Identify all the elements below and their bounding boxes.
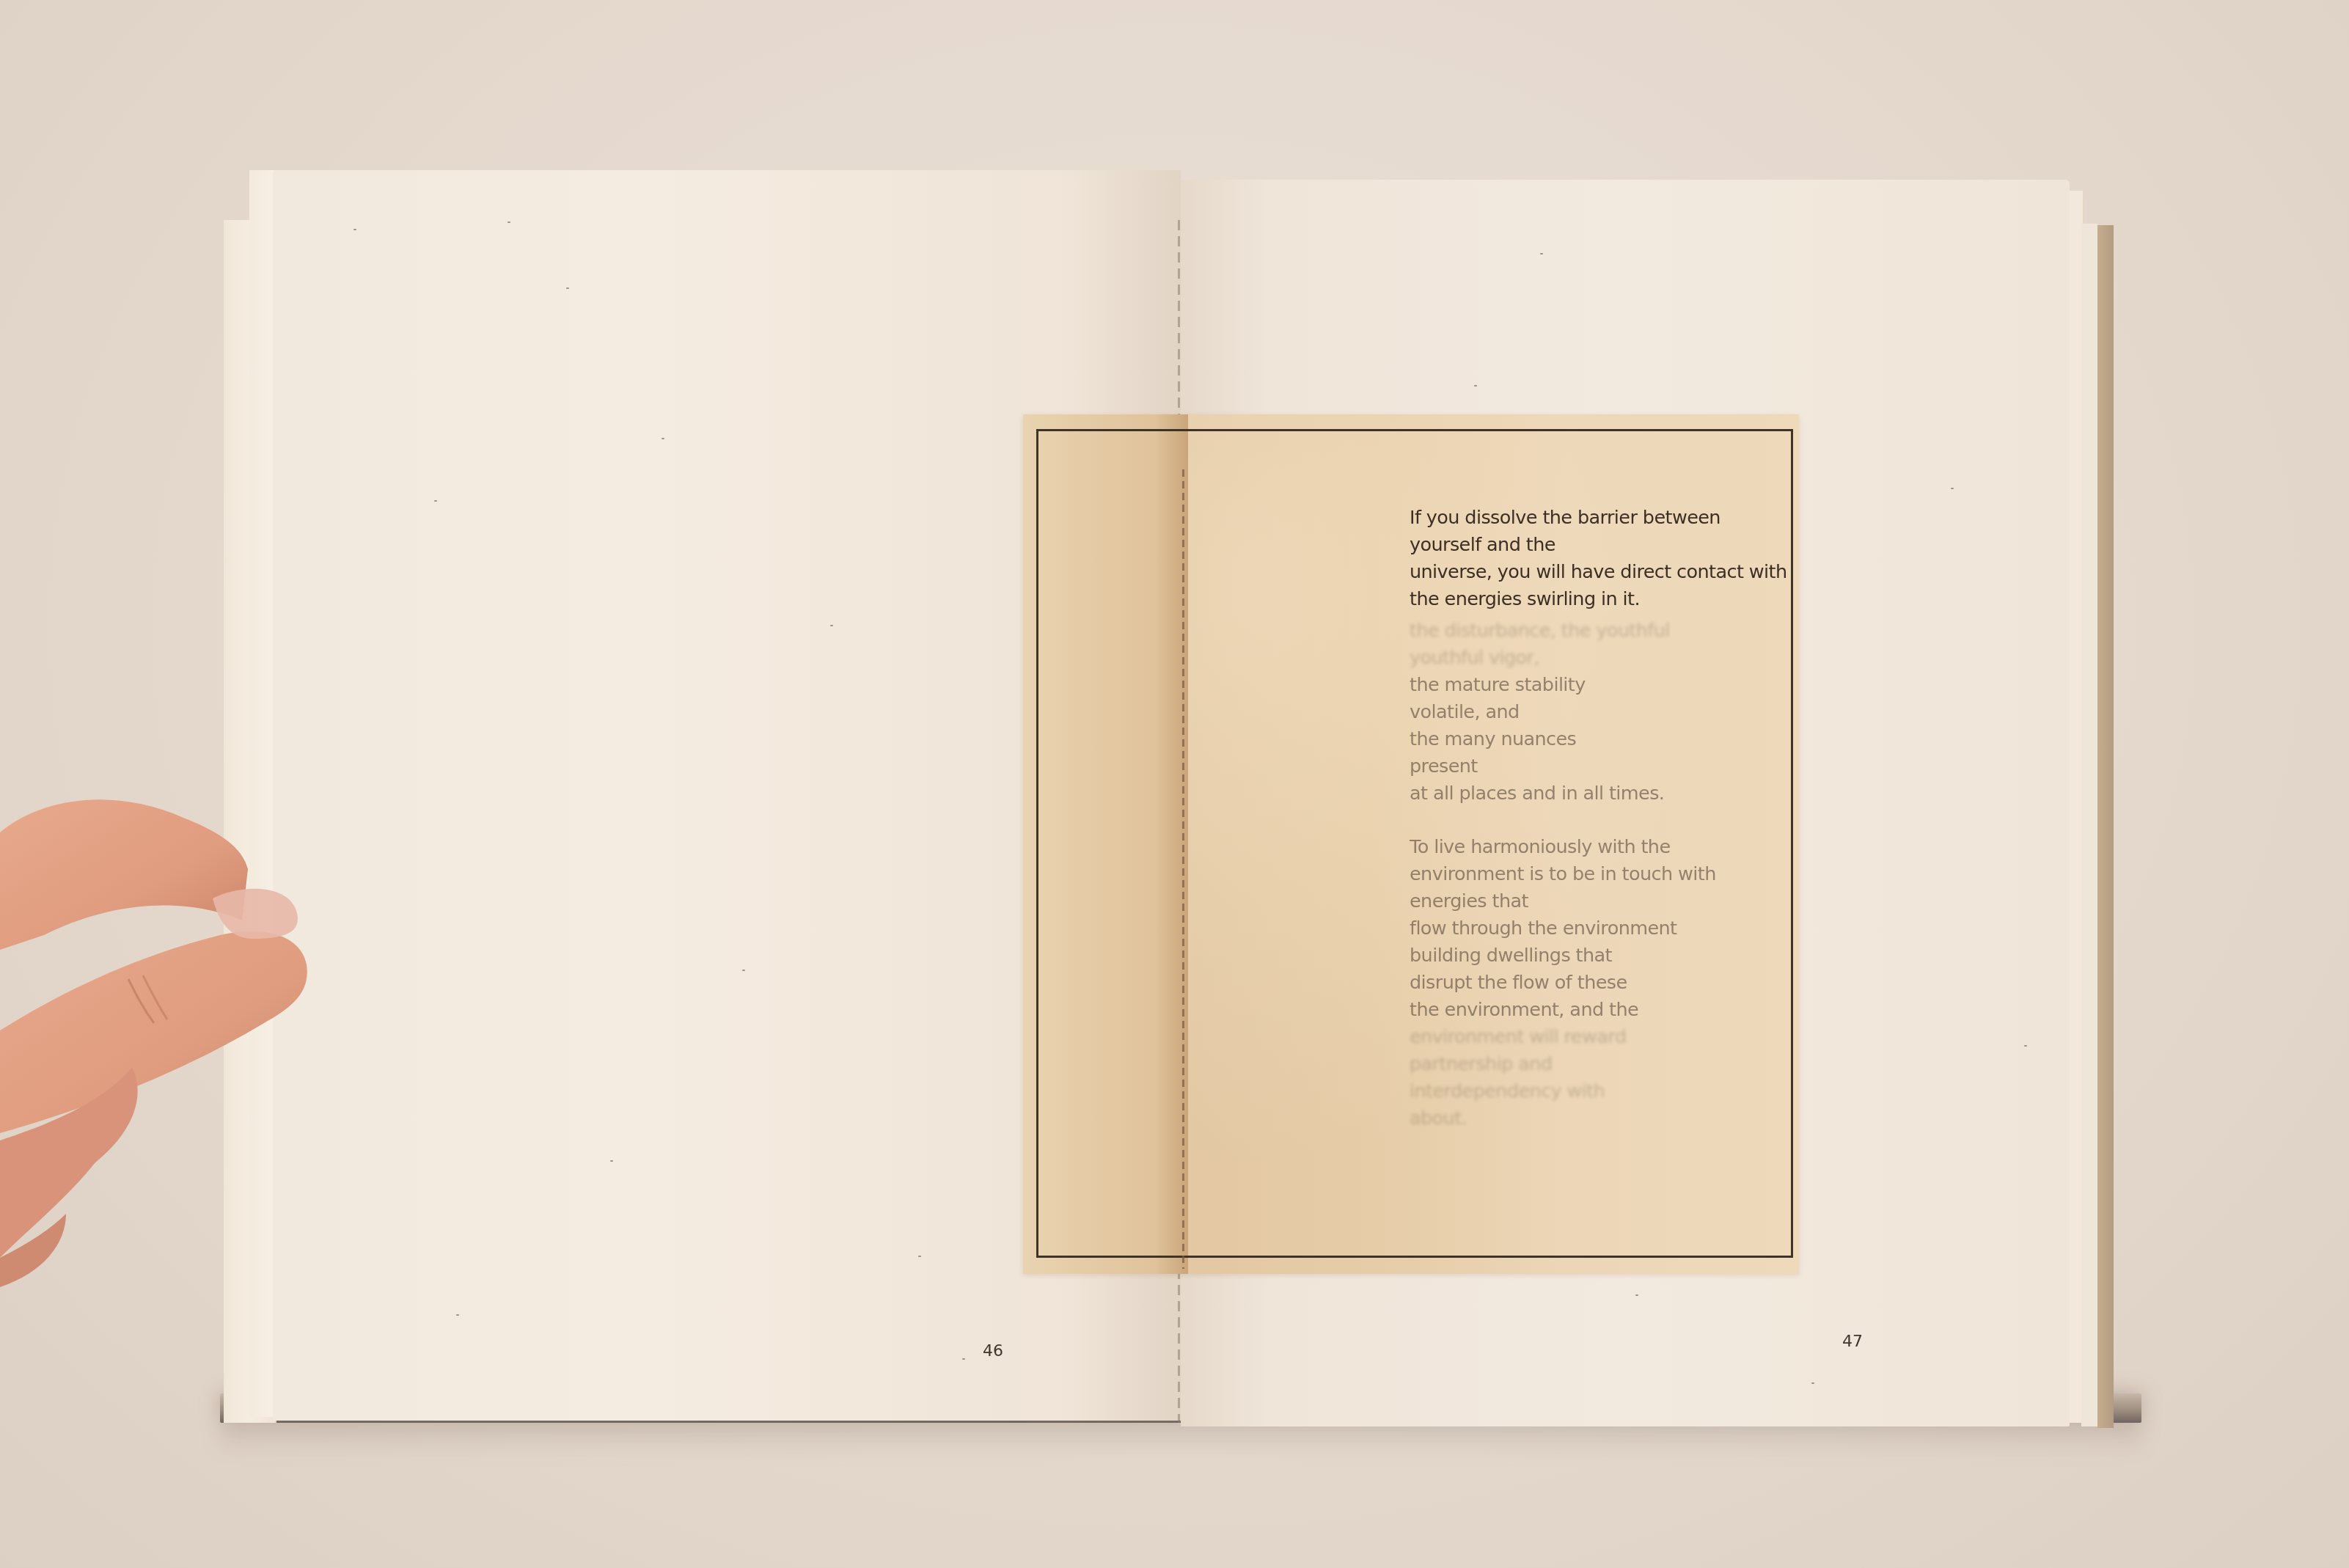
paper-speck	[353, 229, 356, 230]
text-line-faded: To live harmoniously with the	[1410, 834, 1791, 861]
vellum-fold-seam	[1182, 469, 1184, 1269]
text-line-faded: flow through the environment	[1410, 915, 1791, 942]
page-number-left: 46	[983, 1342, 1003, 1360]
right-page-stack-inner	[2081, 224, 2097, 1426]
page-number-right: 47	[1842, 1333, 1863, 1351]
paper-speck	[610, 1160, 613, 1162]
paper-speck	[662, 438, 664, 439]
text-line-faded: interdependency with	[1410, 1078, 1791, 1105]
paper-speck	[1951, 488, 1954, 489]
paper-speck	[1635, 1294, 1638, 1296]
text-line: If you dissolve the barrier between	[1410, 505, 1791, 532]
book-back-cover-edge	[2097, 225, 2114, 1428]
paper-speck	[456, 1314, 459, 1316]
hand-holding-page	[0, 788, 315, 1287]
text-line-faded: disrupt the flow of these	[1410, 970, 1791, 997]
paper-speck	[1474, 385, 1477, 386]
text-line-faded: partnership and	[1410, 1051, 1791, 1078]
paper-speck	[918, 1256, 921, 1257]
text-line-faded: youthful vigor,	[1410, 645, 1791, 672]
paper-speck	[566, 287, 569, 289]
paper-speck	[830, 625, 833, 626]
paper-speck	[742, 970, 745, 971]
text-line-faded: environment will reward	[1410, 1024, 1791, 1051]
text-line: universe, you will have direct contact w…	[1410, 559, 1791, 586]
text-line-faded: building dwellings that	[1410, 942, 1791, 970]
paper-speck	[434, 500, 437, 502]
text-line: yourself and the	[1410, 532, 1791, 559]
text-line-faded: environment is to be in touch with	[1410, 861, 1791, 888]
text-line-faded: about.	[1410, 1105, 1791, 1132]
text-line-faded: the mature stability	[1410, 672, 1791, 699]
text-line-faded: the many nuances	[1410, 726, 1791, 753]
text-line-faded: the disturbance, the youthful	[1410, 618, 1791, 645]
vellum-text-block: If you dissolve the barrier between your…	[1410, 505, 1791, 1132]
paper-speck	[2024, 1045, 2027, 1047]
paper-speck	[1540, 253, 1543, 254]
paper-speck	[507, 221, 510, 223]
text-line-faded: volatile, and	[1410, 699, 1791, 726]
hand-icon	[0, 788, 315, 1287]
paper-speck	[962, 1358, 965, 1360]
text-line-faded: energies that	[1410, 888, 1791, 915]
text-line-faded: at all places and in all times.	[1410, 780, 1791, 807]
text-line: the energies swirling in it.	[1410, 586, 1791, 613]
text-line-faded: present	[1410, 753, 1791, 780]
text-line-faded: the environment, and the	[1410, 997, 1791, 1024]
paper-speck	[1811, 1382, 1814, 1384]
